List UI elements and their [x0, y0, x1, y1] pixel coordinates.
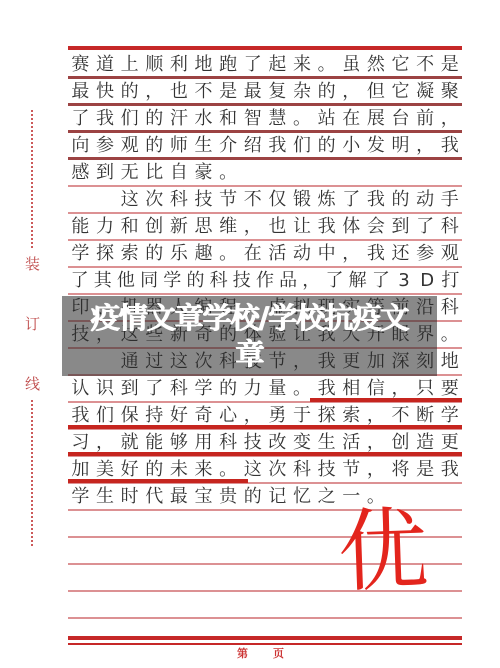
essay-char: 相: [339, 378, 364, 400]
essay-char: 会: [364, 216, 389, 238]
essay-char: 观: [437, 243, 462, 265]
essay-char: 贵: [216, 486, 241, 508]
grade-mark: 优: [336, 504, 429, 599]
essay-char: 技: [230, 270, 253, 292]
essay-char: 站: [314, 108, 339, 130]
rule-line: [68, 212, 462, 214]
essay-char: 来: [191, 459, 216, 481]
essay-char: 忆: [290, 486, 315, 508]
essay-char: 参: [413, 243, 438, 265]
essay-row: 加美好的未来。这次科技节，将是我: [68, 459, 462, 481]
essay-char: ，: [93, 432, 118, 454]
essay-char: 参: [93, 135, 118, 157]
essay-char: 我: [314, 216, 339, 238]
essay-char: 科: [167, 378, 192, 400]
essay-char: ，: [339, 243, 364, 265]
essay-char: 生: [93, 486, 118, 508]
essay-char: ，: [413, 135, 438, 157]
essay-char: 能: [68, 216, 93, 238]
essay-char: 力: [93, 216, 118, 238]
essay-char: 它: [388, 54, 413, 76]
essay-char: 的: [117, 81, 142, 103]
essay-char: 来: [290, 54, 315, 76]
essay-char: 好: [167, 405, 192, 427]
essay-char: 但: [364, 81, 389, 103]
essay-char: 最: [240, 81, 265, 103]
essay-char: 智: [240, 108, 265, 130]
essay-char: D: [416, 270, 439, 292]
essay-char: 科: [437, 297, 462, 319]
essay-char: 比: [142, 162, 167, 184]
essay-row: 了其他同学的科技作品，了解了3D打: [68, 270, 462, 292]
watermark-title-line1: 疫情文章学校/学校抗疫文: [91, 300, 409, 336]
essay-char: 于: [290, 405, 315, 427]
essay-char: 上: [117, 54, 142, 76]
binding-label-xian: 线: [25, 376, 40, 392]
essay-char: 前: [413, 108, 438, 130]
essay-char: 探: [314, 405, 339, 427]
essay-char: 。: [216, 459, 241, 481]
essay-char: 中: [314, 243, 339, 265]
essay-char: 自: [167, 162, 192, 184]
essay-char: 好: [117, 459, 142, 481]
essay-char: 我: [68, 405, 93, 427]
essay-char: ，: [364, 405, 389, 427]
essay-char: 是: [216, 81, 241, 103]
essay-char: 科: [167, 189, 192, 211]
rule-line: [68, 185, 462, 187]
essay-char: 锻: [290, 189, 315, 211]
essay-row: 向参观的师生介绍我们的小发明，我: [68, 135, 462, 157]
essay-char: 还: [388, 243, 413, 265]
essay-char: 和: [117, 216, 142, 238]
essay-char: 改: [265, 432, 290, 454]
essay-char: 。: [290, 378, 315, 400]
essay-char: 。: [290, 108, 315, 130]
essay-char: 我: [364, 243, 389, 265]
essay-char: 的: [388, 189, 413, 211]
binding-label-zhuang: 装: [25, 256, 40, 272]
essay-char: ，: [142, 81, 167, 103]
essay-char: 他: [114, 270, 137, 292]
essay-char: 技: [191, 189, 216, 211]
essay-char: 能: [142, 432, 167, 454]
essay-char: 同: [138, 270, 161, 292]
essay-char: 加: [68, 459, 93, 481]
essay-char: 的: [240, 486, 265, 508]
essay-char: 打: [439, 270, 462, 292]
essay-char: 然: [364, 54, 389, 76]
essay-char: 们: [290, 135, 315, 157]
essay-char: 解: [346, 270, 369, 292]
essay-char: 在: [240, 243, 265, 265]
footer-page-label-ye: 页: [273, 648, 284, 660]
essay-char: 在: [339, 108, 364, 130]
essay-char: ，: [300, 270, 323, 292]
rule-line: [68, 617, 462, 619]
essay-row: 习，就能够用科技改变生活，创造更: [68, 432, 462, 454]
essay-char: 慧: [265, 108, 290, 130]
binding-dashed-line-bottom: [31, 400, 33, 546]
essay-char: 心: [216, 405, 241, 427]
essay-char: 手: [437, 189, 462, 211]
essay-char: 持: [142, 405, 167, 427]
essay-char: 它: [388, 81, 413, 103]
essay-char: 赛: [68, 54, 93, 76]
bottom-rule-border: [68, 636, 462, 640]
essay-char: 品: [277, 270, 300, 292]
essay-char: 发: [364, 135, 389, 157]
essay-row: 了我们的汗水和智慧。站在展台前，: [68, 108, 462, 130]
essay-char: 维: [216, 216, 241, 238]
essay-char: 。: [437, 324, 462, 346]
essay-char: 科: [437, 216, 462, 238]
essay-char: 技: [314, 459, 339, 481]
essay-char: 记: [265, 486, 290, 508]
essay-char: 水: [191, 108, 216, 130]
essay-char: 的: [142, 243, 167, 265]
essay-char: 仅: [265, 189, 290, 211]
essay-char: 生: [191, 135, 216, 157]
essay-row: 学探索的乐趣。在活动中，我还参观: [68, 243, 462, 265]
essay-char: 更: [437, 432, 462, 454]
essay-char: 了: [323, 270, 346, 292]
essay-char: 快: [93, 81, 118, 103]
essay-char: 技: [240, 432, 265, 454]
essay-char: 节: [339, 459, 364, 481]
essay-char: 信: [364, 378, 389, 400]
essay-char: 节: [216, 189, 241, 211]
essay-char: 科: [216, 432, 241, 454]
essay-char: ，: [240, 405, 265, 427]
rule-line: [68, 266, 462, 268]
essay-char: 次: [265, 459, 290, 481]
essay-char: 起: [265, 54, 290, 76]
essay-char: 豪: [191, 162, 216, 184]
essay-char: 这: [240, 459, 265, 481]
essay-char: 的: [216, 378, 241, 400]
rule-line: [68, 293, 462, 295]
essay-char: 断: [413, 405, 438, 427]
essay-char: [93, 189, 118, 211]
essay-char: 我: [437, 459, 462, 481]
essay-char: 其: [91, 270, 114, 292]
essay-row: 认识到了科学的力量。我相信，只要: [68, 378, 462, 400]
essay-char: 聚: [437, 81, 462, 103]
essay-char: 我: [265, 135, 290, 157]
essay-char: 识: [93, 378, 118, 400]
essay-char: 力: [240, 378, 265, 400]
essay-char: 凝: [413, 81, 438, 103]
binding-label-ding: 订: [25, 316, 40, 332]
essay-char: 科: [207, 270, 230, 292]
essay-char: 3: [392, 270, 415, 292]
essay-char: 。: [216, 243, 241, 265]
essay-char: 的: [314, 81, 339, 103]
essay-char: ，: [388, 378, 413, 400]
essay-char: 索: [117, 243, 142, 265]
essay-char: 趣: [191, 243, 216, 265]
essay-char: 不: [240, 189, 265, 211]
essay-char: 也: [265, 216, 290, 238]
essay-char: 是: [437, 54, 462, 76]
bottom-rule-border-thin: [68, 643, 462, 645]
essay-char: 最: [68, 81, 93, 103]
essay-char: 要: [437, 378, 462, 400]
essay-char: 活: [265, 243, 290, 265]
essay-char: 作: [253, 270, 276, 292]
essay-char: 地: [191, 54, 216, 76]
essay-char: 活: [339, 432, 364, 454]
essay-char: 的: [142, 108, 167, 130]
essay-char: 介: [216, 135, 241, 157]
essay-row: 感到无比自豪。: [68, 162, 462, 184]
essay-row: 能力和创新思维，也让我体会到了科: [68, 216, 462, 238]
top-rule-border: [68, 46, 462, 50]
essay-char: 。: [216, 162, 241, 184]
essay-char: 最: [167, 486, 192, 508]
essay-char: 了: [413, 216, 438, 238]
essay-char: 体: [339, 216, 364, 238]
essay-char: 学: [437, 405, 462, 427]
essay-row: 最快的，也不是最复杂的，但它凝聚: [68, 81, 462, 103]
essay-char: 地: [437, 351, 462, 373]
essay-char: 的: [314, 135, 339, 157]
essay-char: 勇: [265, 405, 290, 427]
essay-char: 杂: [290, 81, 315, 103]
essay-char: 思: [191, 216, 216, 238]
essay-char: 到: [93, 162, 118, 184]
essay-char: 就: [117, 432, 142, 454]
essay-char: 们: [93, 405, 118, 427]
essay-char: 生: [314, 432, 339, 454]
essay-char: 认: [68, 378, 93, 400]
essay-char: 了: [339, 189, 364, 211]
essay-char: 只: [413, 378, 438, 400]
essay-char: 展: [364, 108, 389, 130]
essay-char: 观: [117, 135, 142, 157]
essay-char: 了: [240, 54, 265, 76]
essay-char: 向: [68, 135, 93, 157]
essay-char: 不: [191, 81, 216, 103]
essay-char: 新: [167, 216, 192, 238]
watermark-overlay: 疫情文章学校/学校抗疫文 章: [62, 296, 437, 376]
essay-char: 探: [93, 243, 118, 265]
essay-char: 我: [314, 378, 339, 400]
essay-char: 复: [265, 81, 290, 103]
essay-char: 够: [167, 432, 192, 454]
essay-char: 到: [117, 378, 142, 400]
essay-char: 汗: [167, 108, 192, 130]
essay-char: 到: [388, 216, 413, 238]
essay-char: 绍: [240, 135, 265, 157]
essay-char: 次: [142, 189, 167, 211]
essay-char: 学: [68, 243, 93, 265]
binding-dashed-line-top: [31, 110, 33, 248]
essay-char: 道: [93, 54, 118, 76]
essay-char: 们: [117, 108, 142, 130]
essay-char: 学: [191, 378, 216, 400]
essay-char: 也: [167, 81, 192, 103]
essay-char: 保: [117, 405, 142, 427]
essay-char: 量: [265, 378, 290, 400]
essay-char: 了: [68, 270, 91, 292]
essay-char: 的: [142, 459, 167, 481]
essay-char: 了: [142, 378, 167, 400]
essay-char: 动: [290, 243, 315, 265]
essay-char: 奇: [191, 405, 216, 427]
essay-char: 明: [388, 135, 413, 157]
essay-char: 跑: [216, 54, 241, 76]
essay-char: 的: [142, 135, 167, 157]
essay-char: 感: [68, 162, 93, 184]
essay-char: ，: [339, 81, 364, 103]
essay-char: 炼: [314, 189, 339, 211]
essay-char: 我: [93, 108, 118, 130]
essay-char: 不: [413, 54, 438, 76]
essay-char: 乐: [167, 243, 192, 265]
notebook-page: 装 订 线 赛道上顺利地跑了起来。虽然它不是最快的，也不是最复杂的，但它凝聚了我…: [0, 0, 500, 668]
essay-char: 利: [167, 54, 192, 76]
essay-char: 动: [413, 189, 438, 211]
essay-char: 学: [68, 486, 93, 508]
essay-char: 代: [142, 486, 167, 508]
essay-char: ，: [364, 459, 389, 481]
essay-char: 我: [437, 135, 462, 157]
essay-row: 我们保持好奇心，勇于探索，不断学: [68, 405, 462, 427]
rule-line: [68, 239, 462, 241]
essay-char: 宝: [191, 486, 216, 508]
essay-row: 赛道上顺利地跑了起来。虽然它不是: [68, 54, 462, 76]
essay-char: 之: [314, 486, 339, 508]
essay-row: 这次科技节不仅锻炼了我的动手: [68, 189, 462, 211]
teacher-underline: [68, 103, 462, 106]
essay-char: 台: [388, 108, 413, 130]
essay-char: 学: [161, 270, 184, 292]
teacher-underline: [68, 76, 462, 79]
essay-char: ，: [240, 216, 265, 238]
essay-char: 习: [68, 432, 93, 454]
essay-char: 了: [68, 108, 93, 130]
essay-char: [68, 189, 93, 211]
essay-char: 顺: [142, 54, 167, 76]
essay-char: 创: [142, 216, 167, 238]
essay-char: 索: [339, 405, 364, 427]
teacher-underline: [68, 157, 462, 160]
essay-char: 创: [388, 432, 413, 454]
watermark-title-line2: 章: [235, 336, 263, 372]
teacher-underline: [68, 130, 462, 133]
essay-char: 和: [216, 108, 241, 130]
essay-char: 虽: [339, 54, 364, 76]
essay-char: 变: [290, 432, 315, 454]
essay-char: 造: [413, 432, 438, 454]
essay-char: 这: [117, 189, 142, 211]
essay-char: 师: [167, 135, 192, 157]
essay-char: 了: [369, 270, 392, 292]
essay-char: ，: [437, 108, 462, 130]
essay-char: 我: [364, 189, 389, 211]
essay-char: 科: [290, 459, 315, 481]
essay-char: 是: [413, 459, 438, 481]
essay-char: 无: [117, 162, 142, 184]
essay-char: 将: [388, 459, 413, 481]
essay-char: 。: [314, 54, 339, 76]
essay-char: 让: [290, 216, 315, 238]
essay-char: ，: [364, 432, 389, 454]
essay-char: 不: [388, 405, 413, 427]
footer-page-label-di: 第: [237, 648, 248, 660]
essay-char: 未: [167, 459, 192, 481]
essay-char: 小: [339, 135, 364, 157]
essay-char: 用: [191, 432, 216, 454]
essay-char: 时: [117, 486, 142, 508]
essay-char: 美: [93, 459, 118, 481]
essay-char: 的: [184, 270, 207, 292]
